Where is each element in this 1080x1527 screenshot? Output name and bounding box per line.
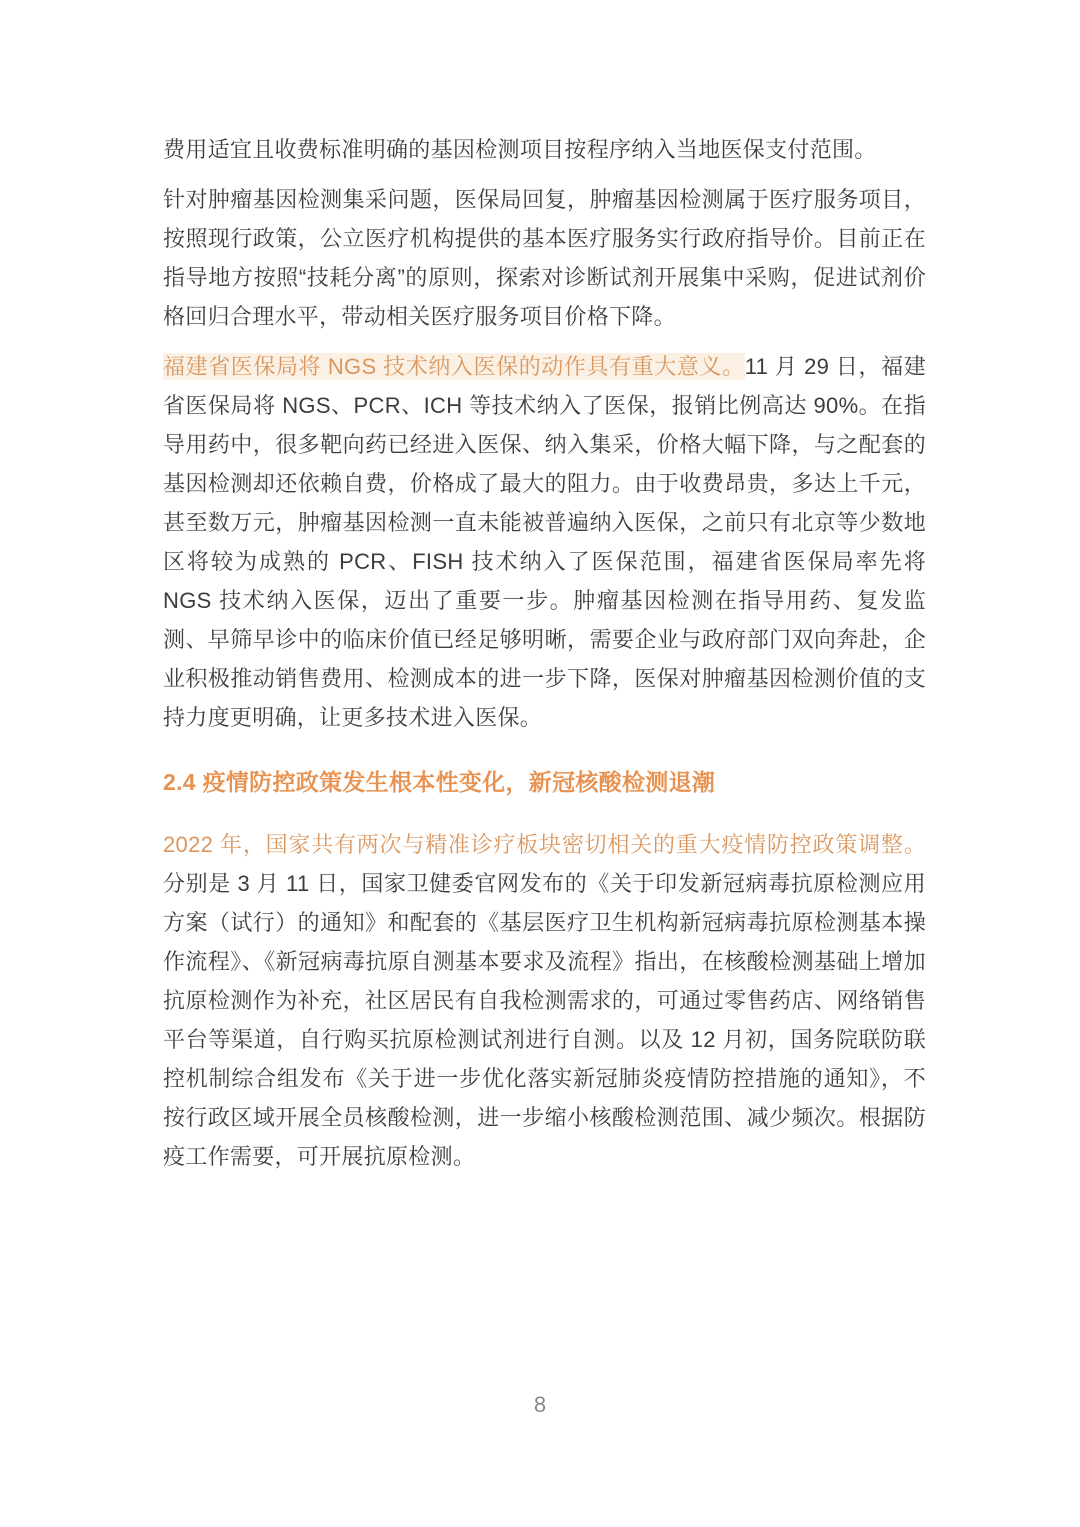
paragraph: 费用适宜且收费标准明确的基因检测项目按程序纳入当地医保支付范围。 bbox=[163, 130, 926, 169]
section-heading: 2.4 疫情防控政策发生根本性变化，新冠核酸检测退潮 bbox=[163, 765, 926, 799]
paragraph: 福建省医保局将 NGS 技术纳入医保的动作具有重大意义。11 月 29 日，福建… bbox=[163, 347, 926, 737]
paragraph: 2022 年，国家共有两次与精准诊疗板块密切相关的重大疫情防控政策调整。分别是 … bbox=[163, 825, 926, 1176]
highlighted-sentence: 福建省医保局将 NGS 技术纳入医保的动作具有重大意义。 bbox=[163, 353, 745, 380]
highlighted-sentence: 2022 年，国家共有两次与精准诊疗板块密切相关的重大疫情防控政策调整。 bbox=[163, 832, 926, 857]
page-number: 8 bbox=[0, 1391, 1080, 1419]
document-page: 费用适宜且收费标准明确的基因检测项目按程序纳入当地医保支付范围。 针对肿瘤基因检… bbox=[0, 0, 1080, 1527]
paragraph: 针对肿瘤基因检测集采问题，医保局回复，肿瘤基因检测属于医疗服务项目，按照现行政策… bbox=[163, 180, 926, 336]
paragraph-text: 11 月 29 日，福建省医保局将 NGS、PCR、ICH 等技术纳入了医保，报… bbox=[163, 354, 926, 730]
page-content: 费用适宜且收费标准明确的基因检测项目按程序纳入当地医保支付范围。 针对肿瘤基因检… bbox=[163, 130, 926, 1187]
paragraph-text: 分别是 3 月 11 日，国家卫健委官网发布的《关于印发新冠病毒抗原检测应用方案… bbox=[163, 871, 926, 1169]
